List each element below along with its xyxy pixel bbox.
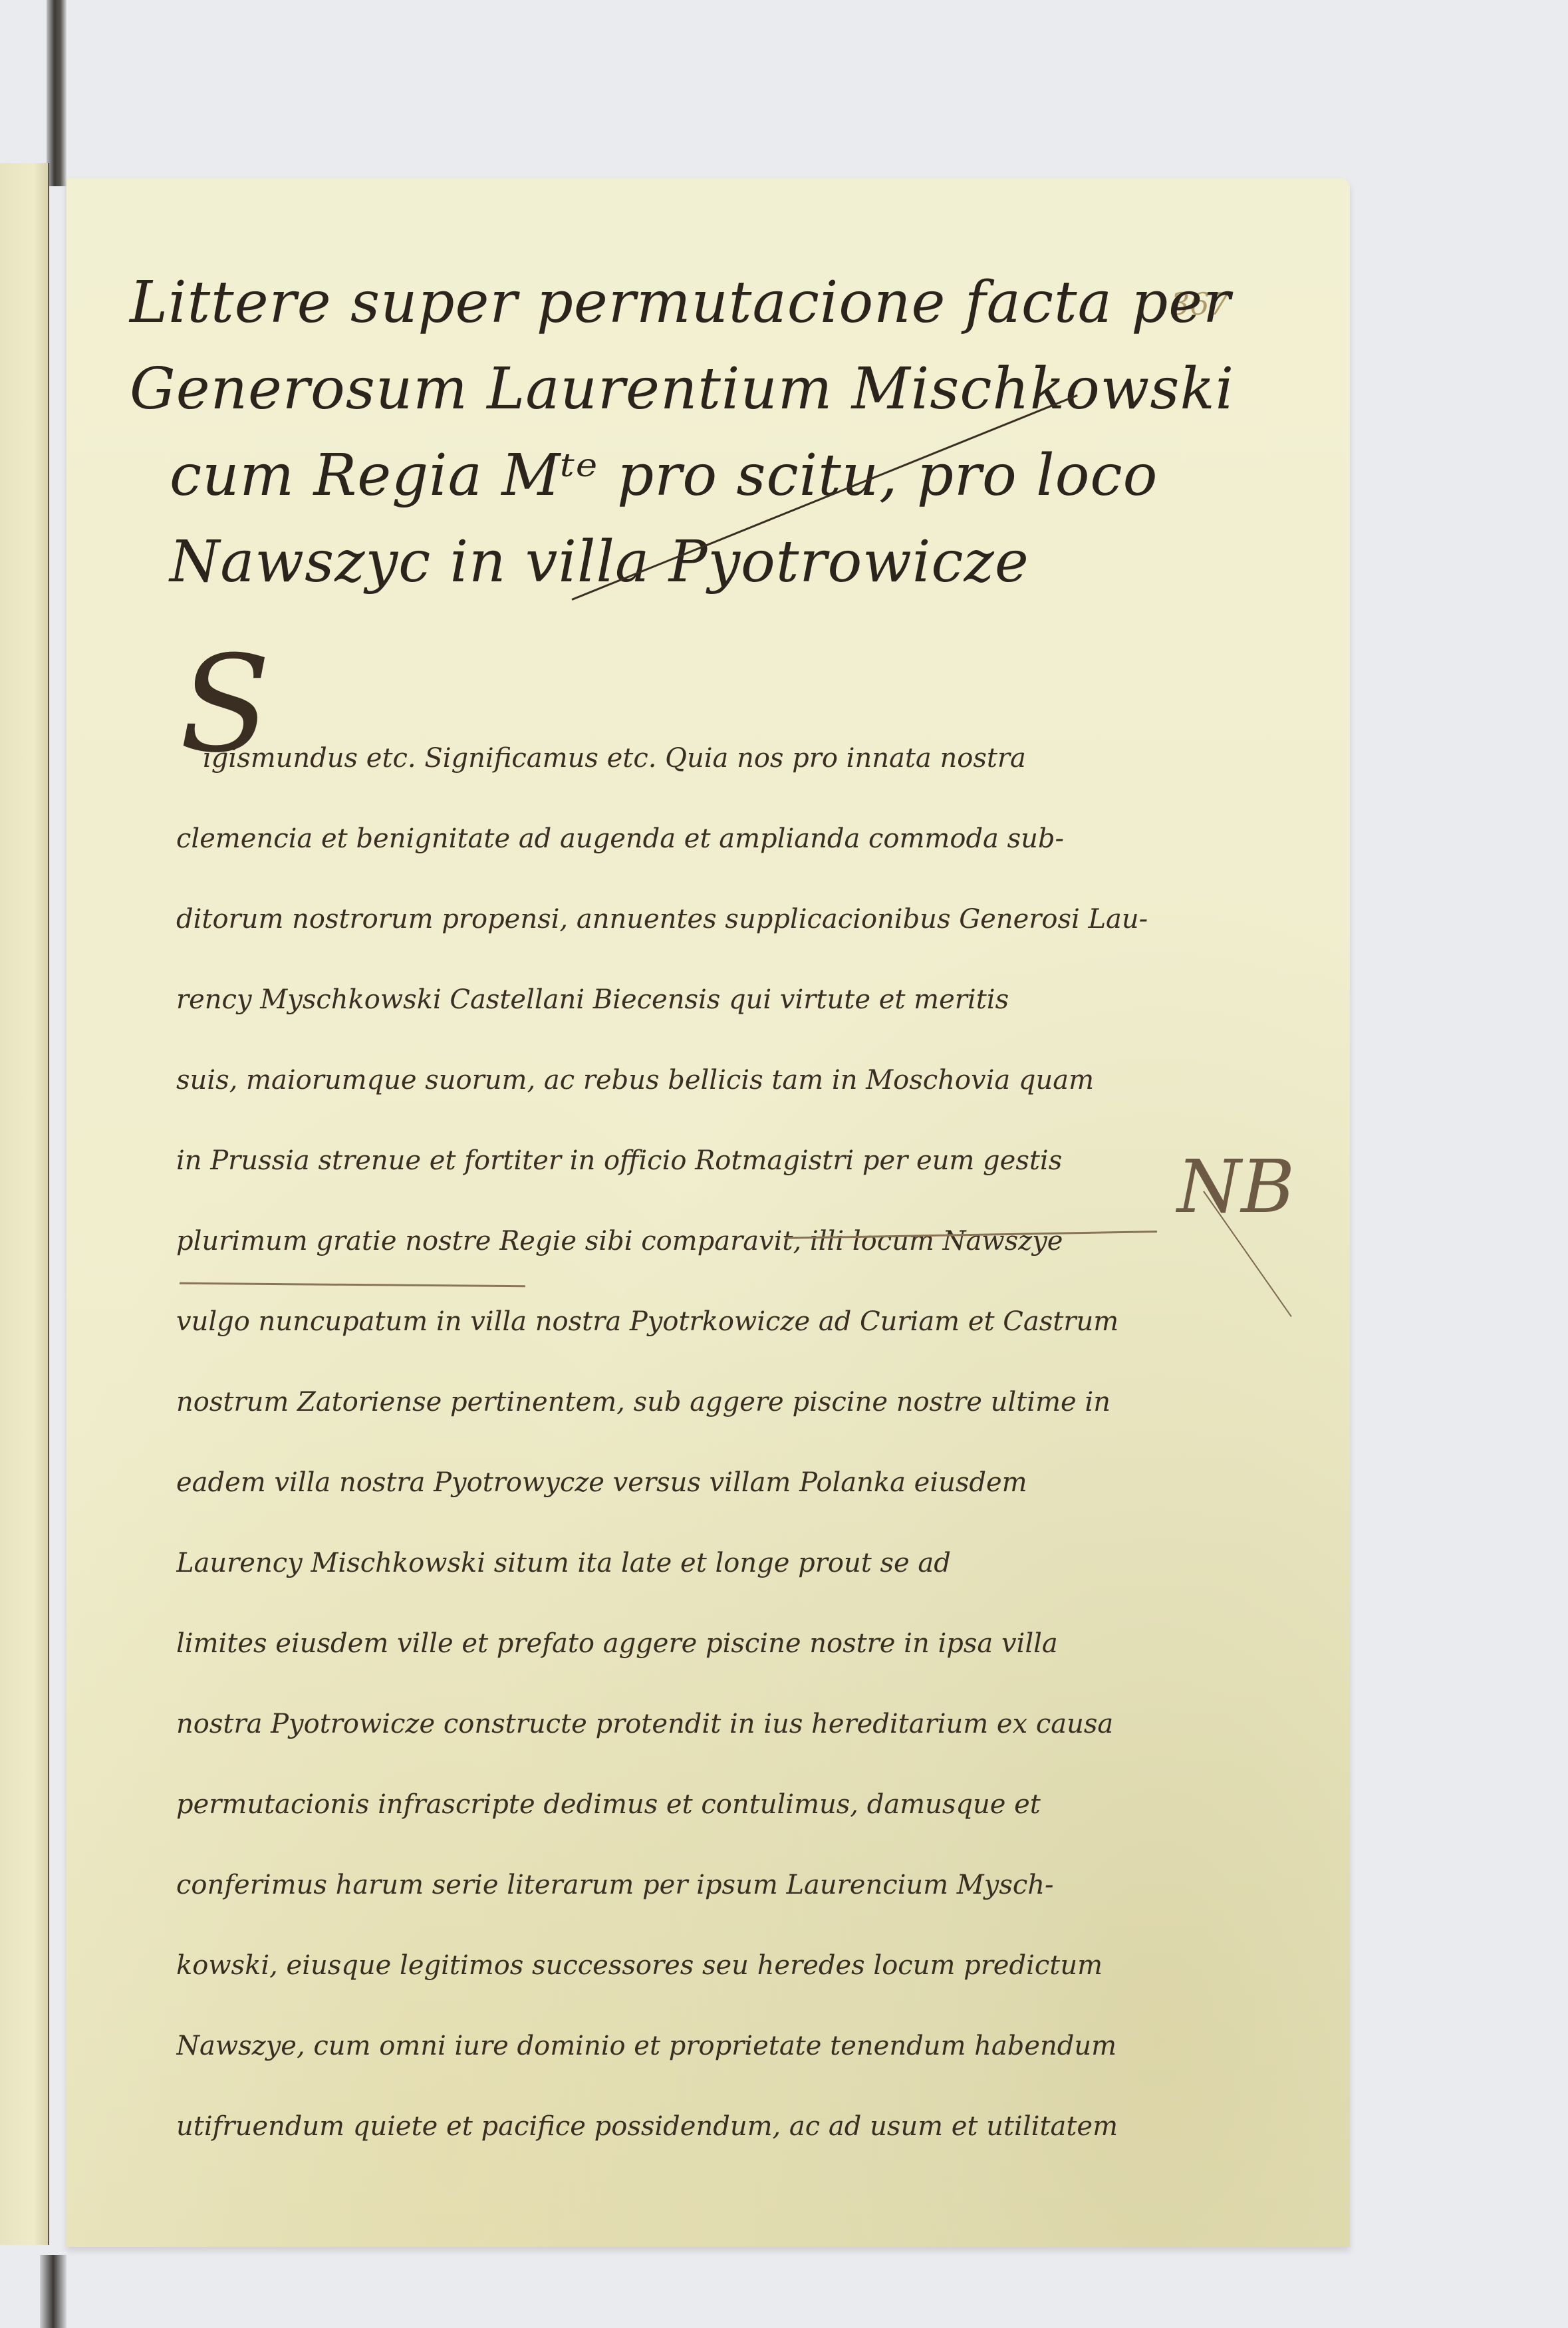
title-line-2: Generosum Laurentium Mischkowski	[130, 346, 1194, 432]
body-line: igismundus etc. Significamus etc. Quia n…	[176, 718, 1160, 799]
body-line: Laurency Mischkowski situm ita late et l…	[176, 1523, 1160, 1604]
body-line: permutacionis infrascripte dedimus et co…	[176, 1765, 1160, 1845]
body-line: nostra Pyotrowicze constructe protendit …	[176, 1684, 1160, 1765]
body-line: vulgo nuncupatum in villa nostra Pyotrko…	[176, 1282, 1160, 1362]
body-line: kowski, eiusque legitimos successores se…	[176, 1926, 1160, 2006]
body-line: rency Myschkowski Castellani Biecensis q…	[176, 960, 1160, 1040]
body-line: Nawszye, cum omni iure dominio et propri…	[176, 2006, 1160, 2087]
book-spine	[47, 0, 66, 186]
body-line: conferimus harum serie literarum per ips…	[176, 1845, 1160, 1926]
body-line: in Prussia strenue et fortiter in offici…	[176, 1121, 1160, 1201]
body-line: ditorum nostrorum propensi, annuentes su…	[176, 879, 1160, 960]
body-line: plurimum gratie nostre Regie sibi compar…	[176, 1201, 1160, 1282]
left-page-edge	[0, 163, 49, 2245]
title-line-1: Littere super permutacione facta per	[130, 259, 1194, 346]
body-line: eadem villa nostra Pyotrowycze versus vi…	[176, 1443, 1160, 1523]
body-line: limites eiusdem ville et prefato aggere …	[176, 1604, 1160, 1684]
body-line: utifruendum quiete et pacifice possidend…	[176, 2087, 1160, 2167]
marginal-nota-mark: NB	[1177, 1144, 1295, 1229]
book-spine-lower	[40, 2255, 66, 2328]
title-line-3: cum Regia Mᵗᵉ pro scitu, pro loco	[130, 432, 1194, 519]
document-title: Littere super permutacione facta per Gen…	[130, 259, 1194, 605]
body-line: nostrum Zatoriense pertinentem, sub agge…	[176, 1362, 1160, 1443]
document-body: igismundus etc. Significamus etc. Quia n…	[176, 718, 1160, 2167]
body-line: suis, maiorumque suorum, ac rebus bellic…	[176, 1040, 1160, 1121]
body-line: clemencia et benignitate ad augenda et a…	[176, 799, 1160, 879]
